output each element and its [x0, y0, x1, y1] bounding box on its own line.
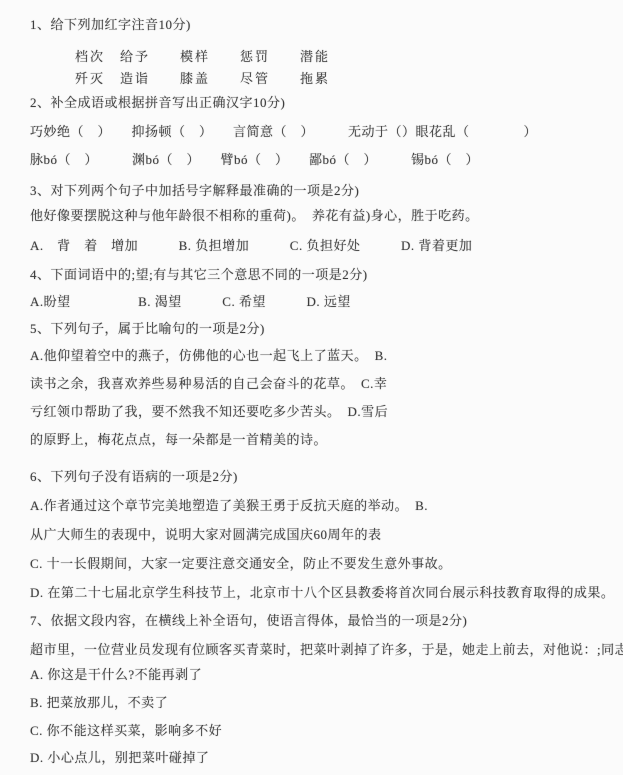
question-6-option-c: C. 十一长假期间，大家一定要注意交通安全，防止不要发生意外事故。: [30, 555, 452, 573]
question-5-heading: 5、下列句子，属于比喻句的一项是2分): [30, 320, 265, 338]
question-2-heading: 2、补全成语或根据拼音写出正确汉字10分): [30, 94, 285, 112]
question-3-sentences: 他好像要摆脱这种与他年龄很不相称的重荷)。 养花有益)身心，胜于吃药。: [30, 207, 479, 225]
question-4-options: A.盼望 B. 渴望 C. 希望 D. 远望: [30, 293, 351, 311]
exam-document-page: 1、给下列加红字注音10分) 档次 给予 模样 惩罚 潜能 歼灭 造诣 膝盖 尽…: [0, 0, 623, 775]
question-7-heading: 7、依据文段内容，在横线上补全语句，使语言得体，最恰当的一项是2分): [30, 612, 467, 630]
question-7-passage: 超市里，一位营业员发现有位顾客买青菜时，把菜叶剥掉了许多，于是，她走上前去，对他…: [30, 641, 623, 659]
question-6-options-line-1: A.作者通过这个章节完美地塑造了美猴王勇于反抗天庭的举动。 B.: [30, 497, 428, 515]
question-5-options-line-4: 的原野上，梅花点点，每一朵都是一首精美的诗。: [30, 431, 327, 449]
question-6-option-d: D. 在第二十七届北京学生科技节上，北京市十八个区县教委将首次同台展示科技教育取…: [30, 584, 614, 602]
question-6-heading: 6、下列句子没有语病的一项是2分): [30, 468, 238, 486]
question-7-option-a: A. 你这是干什么?不能再剥了: [30, 666, 202, 684]
question-3-options: A. 背 着 增加 B. 负担增加 C. 负担好处 D. 背着更加: [30, 237, 472, 255]
question-1-heading: 1、给下列加红字注音10分): [30, 16, 191, 34]
question-6-options-line-2: 从广大师生的表现中，说明大家对圆满完成国庆60周年的表: [30, 526, 382, 544]
question-7-option-b: B. 把菜放那儿，不卖了: [30, 694, 168, 712]
question-5-options-line-3: 亏红领巾帮助了我，要不然我不知还要吃多少苦头。 D.雪后: [30, 403, 388, 421]
question-4-heading: 4、下面词语中的;望;有与其它三个意思不同的一项是2分): [30, 266, 368, 284]
question-5-options-line-1: A.他仰望着空中的燕子，仿佛他的心也一起飞上了蓝天。 B.: [30, 347, 388, 365]
idiom-fill-row-1: 巧妙绝（ ） 抑扬顿（ ） 言简意（ ） 无动于（）眼花乱（ ）: [30, 123, 537, 141]
question-7-option-c: C. 你不能这样买菜，影响多不好: [30, 722, 222, 740]
idiom-fill-row-2: 脉bó（ ） 渊bó（ ） 臂bó（ ） 鄙bó（ ） 锡bó（ ）: [30, 151, 479, 169]
word-list-row-1: 档次 给予 模样 惩罚 潜能: [75, 48, 330, 66]
word-list-row-2: 歼灭 造诣 膝盖 尽管 拖累: [75, 70, 330, 88]
question-7-option-d: D. 小心点儿，别把菜叶碰掉了: [30, 749, 209, 767]
question-5-options-line-2: 读书之余，我喜欢养些易种易活的自己会奋斗的花草。 C.幸: [30, 375, 387, 393]
question-3-heading: 3、对下列两个句子中加括号字解释最准确的一项是2分): [30, 182, 359, 200]
